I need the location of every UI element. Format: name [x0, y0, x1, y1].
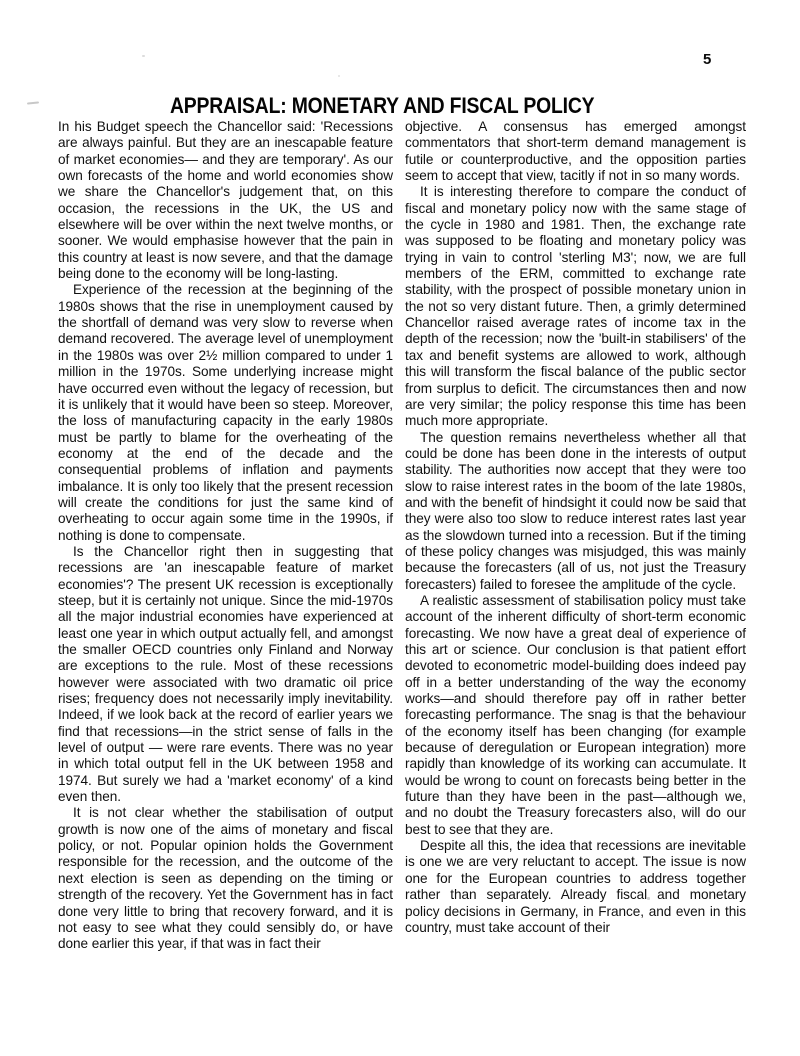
- paragraph: objective. A consensus has emerged among…: [405, 119, 746, 184]
- paragraph: Is the Chancellor right then in suggesti…: [58, 544, 393, 806]
- paragraph: It is interesting therefore to compare t…: [405, 184, 746, 429]
- page-title-text: APPRAISAL: MONETARY AND FISCAL POLICY: [170, 94, 594, 117]
- page-number: 5: [703, 51, 711, 68]
- paragraph: Despite all this, the idea that recessio…: [405, 838, 746, 936]
- paragraph: A realistic assessment of stabilisation …: [405, 593, 746, 838]
- page-title: APPRAISAL: MONETARY AND FISCAL POLICY: [38, 84, 726, 121]
- scan-speck: [142, 55, 145, 57]
- two-column-layout: In his Budget speech the Chancellor said…: [58, 119, 746, 953]
- scan-speck: [338, 75, 340, 77]
- paragraph: Experience of the recession at the begin…: [58, 282, 393, 544]
- document-page: 5 APPRAISAL: MONETARY AND FISCAL POLICY …: [0, 0, 800, 1056]
- left-column: In his Budget speech the Chancellor said…: [58, 119, 393, 953]
- paragraph: The question remains nevertheless whethe…: [405, 430, 746, 593]
- paragraph: In his Budget speech the Chancellor said…: [58, 119, 393, 282]
- right-column: objective. A consensus has emerged among…: [405, 119, 746, 953]
- paragraph: It is not clear whether the stabilisatio…: [58, 805, 393, 952]
